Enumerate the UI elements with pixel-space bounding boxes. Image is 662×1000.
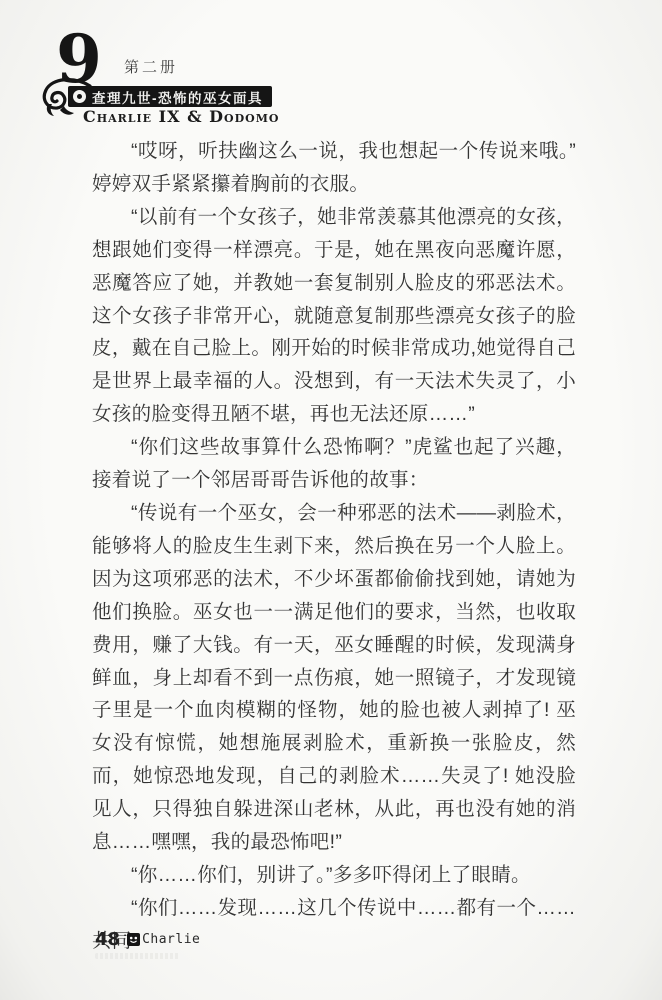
page-footer: 48 Charlie <box>95 929 200 950</box>
series-title: 查理九世-恐怖的巫女面具 <box>92 87 263 107</box>
ornament-circle-icon <box>73 90 86 103</box>
brand-label: Charlie <box>142 932 200 947</box>
story-text: “哎呀，听扶幽这么一说，我也想起一个传说来哦。”婷婷双手紧紧攥着胸前的衣服。 “… <box>92 135 576 958</box>
page-number: 48 <box>95 929 120 950</box>
paragraph: “哎呀，听扶幽这么一说，我也想起一个传说来哦。”婷婷双手紧紧攥着胸前的衣服。 <box>92 135 576 201</box>
paragraph: “你……你们，别讲了。”多多吓得闭上了眼睛。 <box>92 859 576 892</box>
charlie-face-icon <box>127 933 140 946</box>
series-title-bar: 查理九世-恐怖的巫女面具 <box>68 86 272 107</box>
book-page: 9 第二册 查理九世-恐怖的巫女面具 Charlie IX & Dodomo “… <box>0 0 662 1000</box>
paragraph: “你们这些故事算什么恐怖啊？”虎鲨也起了兴趣，接着说了一个邻居哥哥告诉他的故事： <box>92 431 576 497</box>
paragraph: “传说有一个巫女，会一种邪恶的法术——剥脸术，能够将人的脸皮生生剥下来，然后换在… <box>92 497 576 859</box>
series-latin-title: Charlie IX & Dodomo <box>83 107 279 126</box>
brand-mark: Charlie <box>127 932 200 947</box>
paragraph: “以前有一个女孩子，她非常羡慕其他漂亮的女孩，想跟她们变得一样漂亮。于是，她在黑… <box>92 201 576 431</box>
volume-label: 第二册 <box>124 56 178 77</box>
page-showthrough-artifact <box>95 953 180 959</box>
